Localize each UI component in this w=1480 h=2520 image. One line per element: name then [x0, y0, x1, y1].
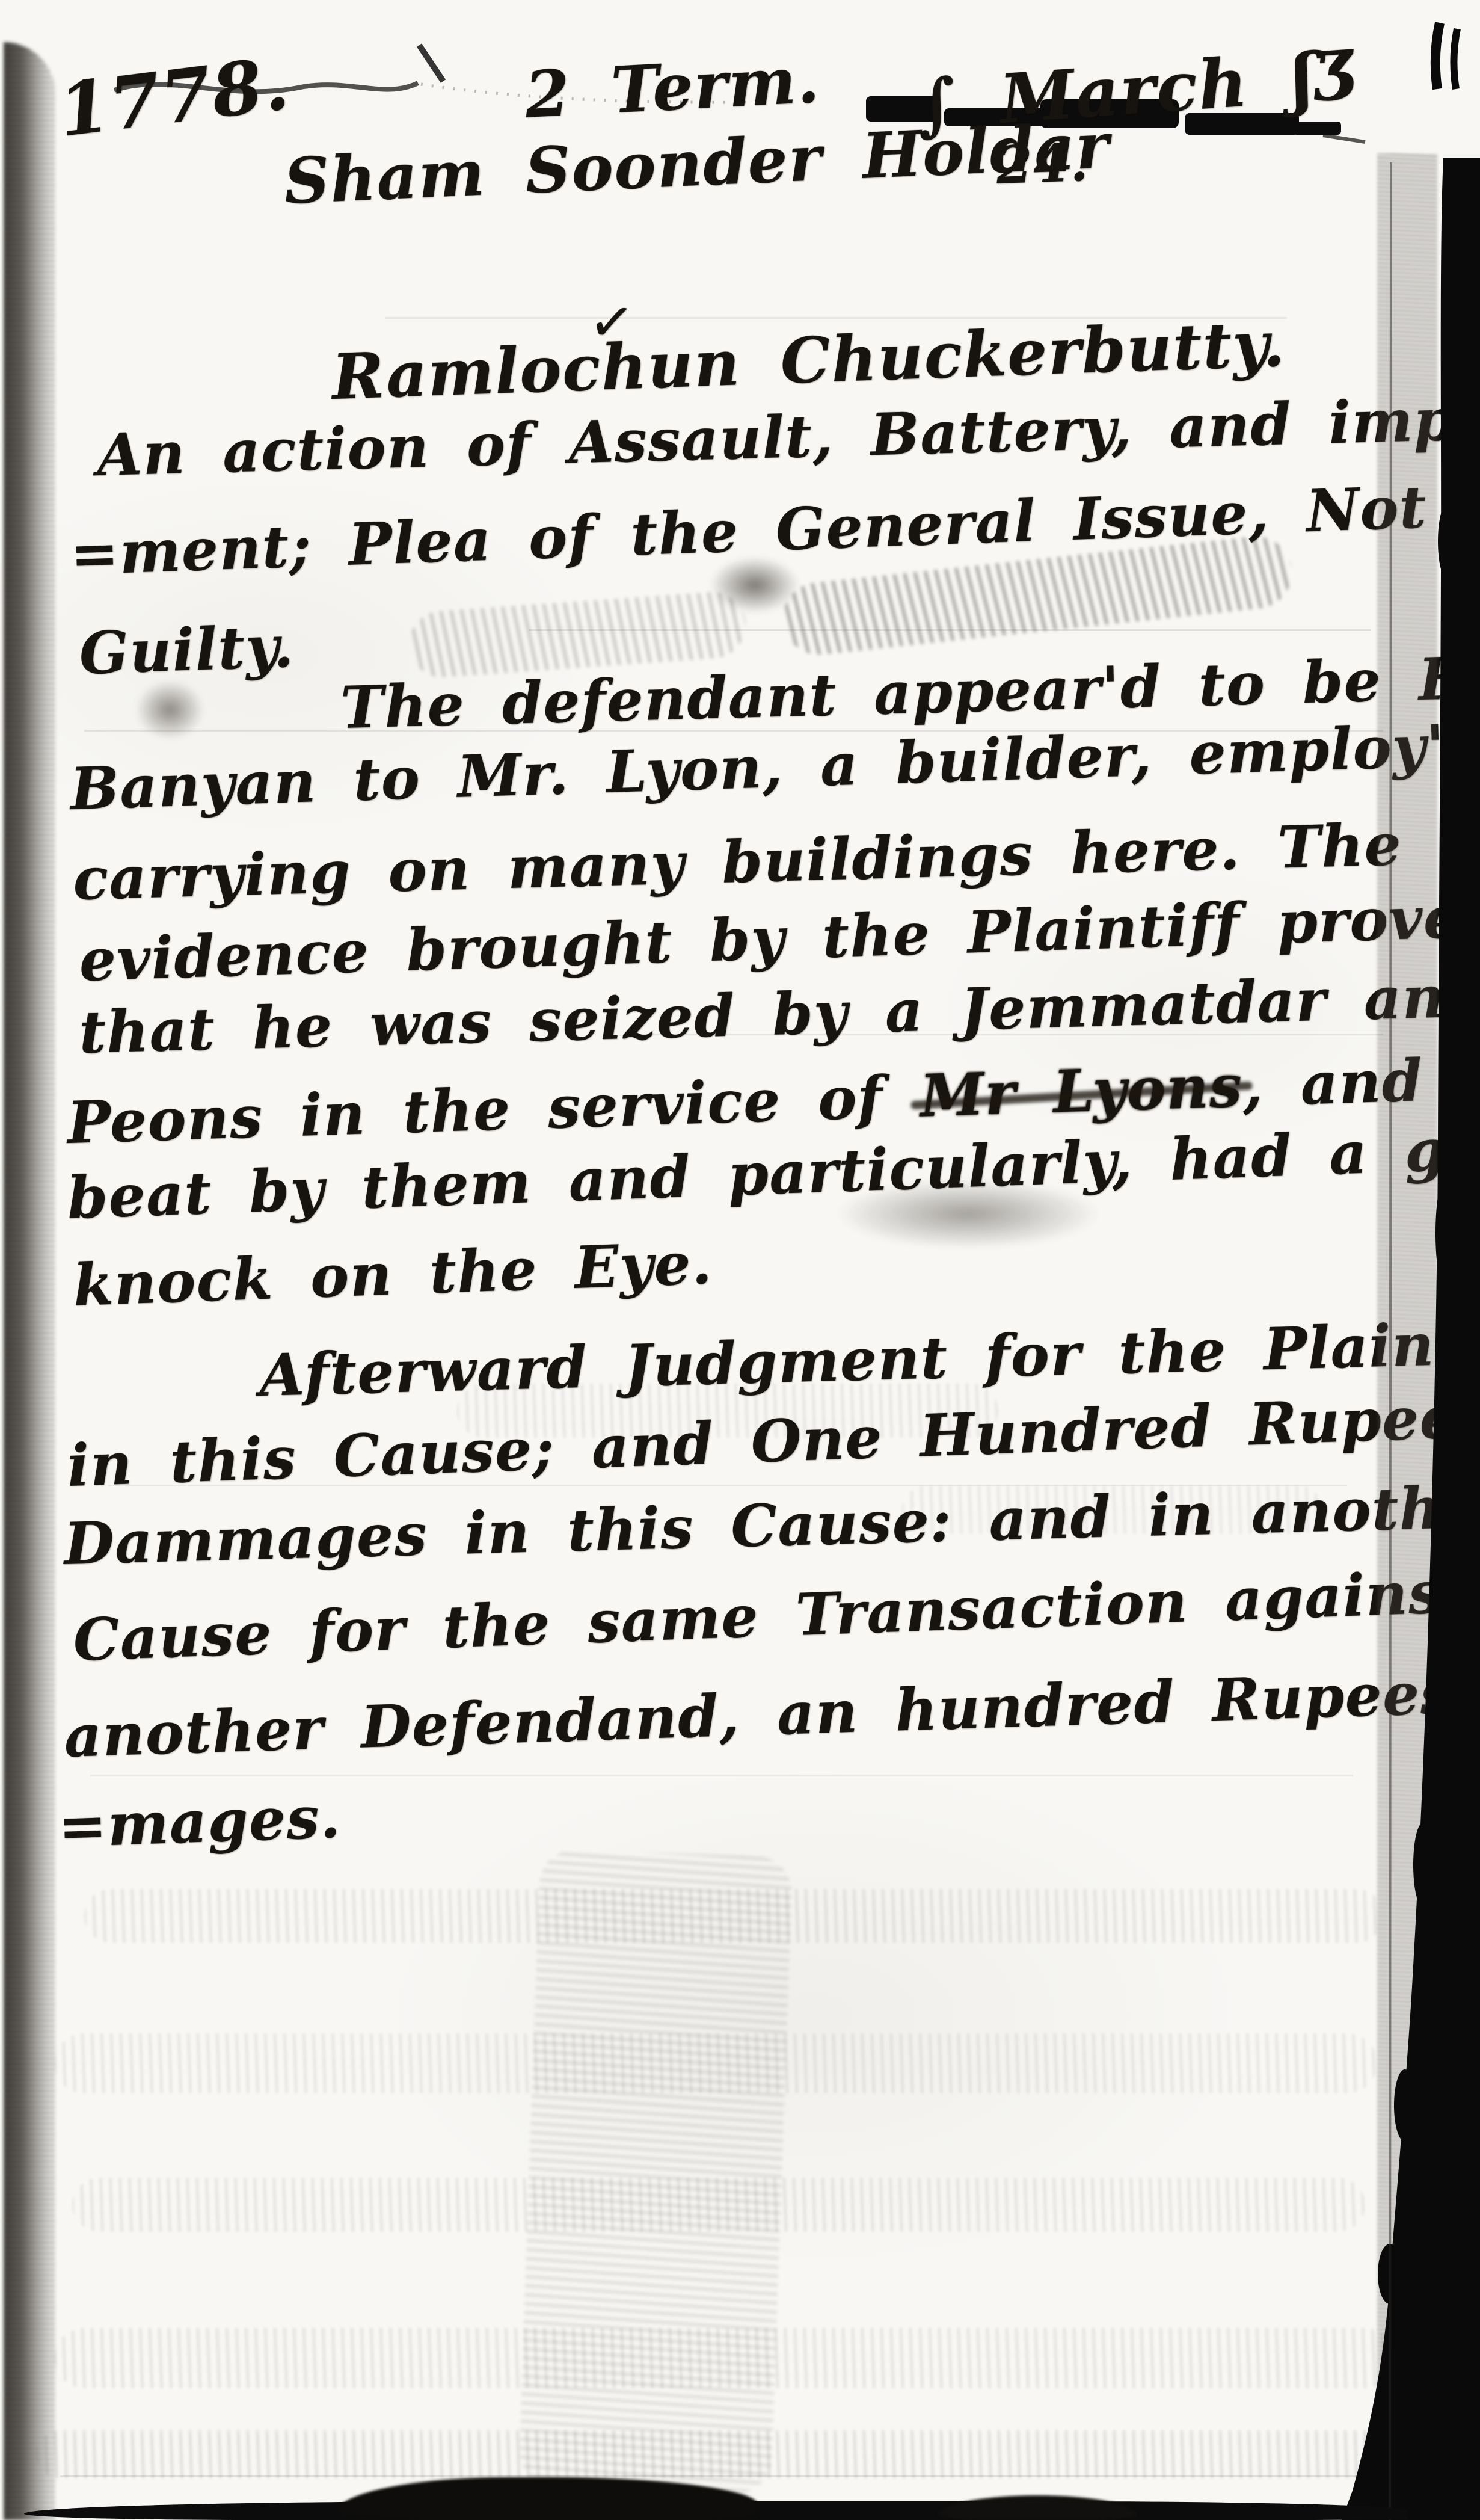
bleedthrough-smudge: [84, 1889, 1383, 1943]
plea-line-3: Guilty.: [78, 612, 295, 688]
plea-line-2: =ment; Plea of the General Issue, Not: [69, 473, 1428, 588]
manuscript-page: 1778. 2 Term. ∫ March ʃƷ 24. Sham Soonde…: [0, 0, 1480, 2520]
bottom-ink-smear: [337, 2477, 758, 2520]
body-line-8: knock on the Eye.: [72, 1229, 713, 1319]
body-line-6-struck-text: Mr Lyons: [919, 1052, 1244, 1130]
judgment-line-5: another Defendand, an hundred Rupees dam…: [63, 1652, 1480, 1770]
judgment-line-4: Cause for the same Transaction against: [72, 1557, 1470, 1674]
bleedthrough-smudge: [518, 1849, 793, 2495]
binding-edge: [1300, 0, 1480, 2520]
bleedthrough-smudge: [72, 2178, 1365, 2232]
scan-streak: [60, 2475, 1383, 2477]
bleedthrough-smudge: [54, 2033, 1377, 2093]
bottom-ink-smear: [938, 2495, 1137, 2520]
term-label: 2 Term.: [523, 42, 821, 132]
bleedthrough-smudge: [36, 2430, 1407, 2478]
judgment-line-6: =mages.: [57, 1783, 342, 1861]
scan-streak: [90, 1775, 1353, 1776]
bleedthrough-smudge: [54, 2328, 1395, 2388]
left-edge-shadow: [4, 42, 55, 2520]
scan-streak: [529, 629, 1371, 631]
